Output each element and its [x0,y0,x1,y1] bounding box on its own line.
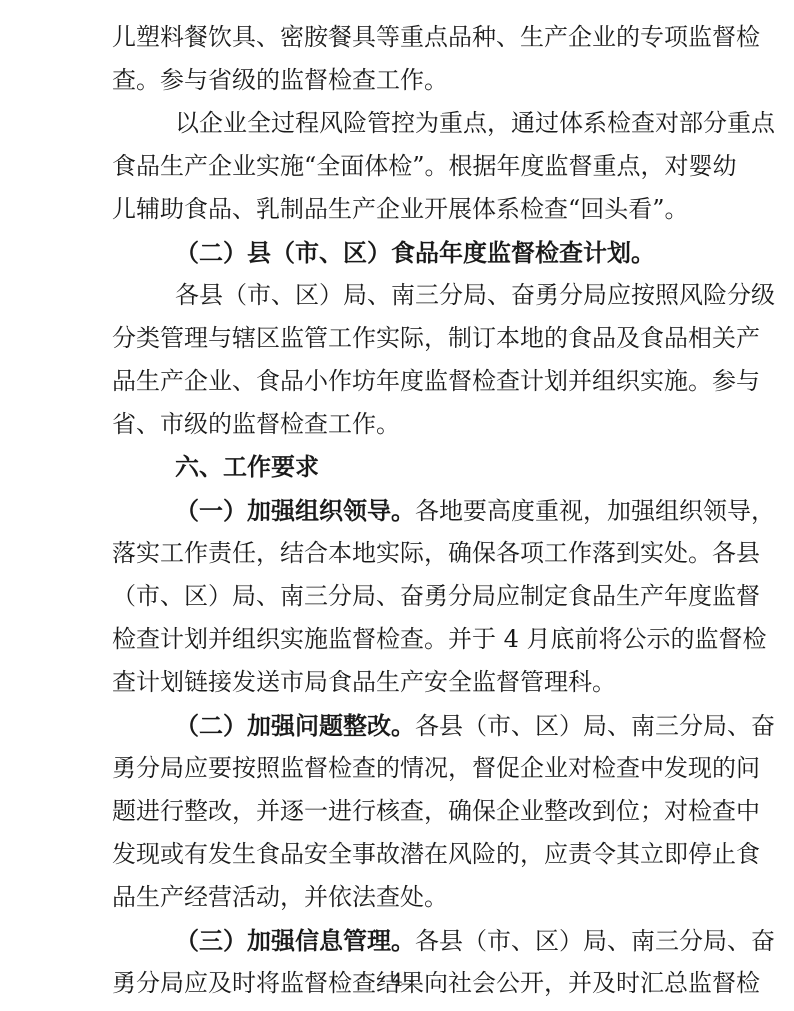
subsection-title: （二）加强问题整改。 [175,711,415,740]
subsection-title: （一）加强组织领导。 [175,496,415,525]
body-text-line: 勇分局应要按照监督检查的情况，督促企业对检查中发现的问 [112,747,682,790]
body-text-line: （市、区）局、南三分局、奋勇分局应制定食品生产年度监督 [112,575,682,618]
paragraph-start: 以企业全过程风险管控为重点，通过体系检查对部分重点 [112,102,682,145]
body-text-line: 题进行整改，并逐一进行核查，确保企业整改到位；对检查中 [112,790,682,833]
body-text-line: 发现或有发生食品安全事故潜在风险的，应责令其立即停止食 [112,833,682,876]
body-text-line: 查。参与省级的监督检查工作。 [112,59,682,102]
body-text-line: 检查计划并组织实施监督检查。并于 4 月底前将公示的监督检 [112,618,682,661]
body-text: 各县（市、区）局、南三分局、奋 [415,712,775,740]
paragraph-start: （三）加强信息管理。各县（市、区）局、南三分局、奋 [112,919,682,962]
subsection-title: （三）加强信息管理。 [175,926,415,955]
body-text-line: 查计划链接发送市局食品生产安全监督管理科。 [112,661,682,704]
paragraph-start: 各县（市、区）局、南三分局、奋勇分局应按照风险分级 [112,274,682,317]
document-page: 儿塑料餐饮具、密胺餐具等重点品种、生产企业的专项监督检 查。参与省级的监督检查工… [112,16,682,1005]
subsection-heading: （二）县（市、区）食品年度监督检查计划。 [112,231,682,274]
body-text-line: 分类管理与辖区监管工作实际，制订本地的食品及食品相关产 [112,317,682,360]
body-text-line: 落实工作责任，结合本地实际，确保各项工作落到实处。各县 [112,532,682,575]
body-text-line: 食品生产企业实施“全面体检”。根据年度监督重点，对婴幼 [112,145,682,188]
body-text-line: 省、市级的监督检查工作。 [112,403,682,446]
body-text-line: 儿塑料餐饮具、密胺餐具等重点品种、生产企业的专项监督检 [112,16,682,59]
body-text-line: 品生产经营活动，并依法查处。 [112,876,682,919]
body-text: 各地要高度重视，加强组织领导， [415,497,775,525]
section-heading: 六、工作要求 [112,446,682,489]
body-text: 各县（市、区）局、南三分局、奋 [415,927,775,955]
body-text-line: 品生产企业、食品小作坊年度监督检查计划并组织实施。参与 [112,360,682,403]
paragraph-start: （一）加强组织领导。各地要高度重视，加强组织领导， [112,489,682,532]
body-text-line: 儿辅助食品、乳制品生产企业开展体系检查“回头看”。 [112,188,682,231]
page-number: - 4 - [0,970,794,991]
paragraph-start: （二）加强问题整改。各县（市、区）局、南三分局、奋 [112,704,682,747]
